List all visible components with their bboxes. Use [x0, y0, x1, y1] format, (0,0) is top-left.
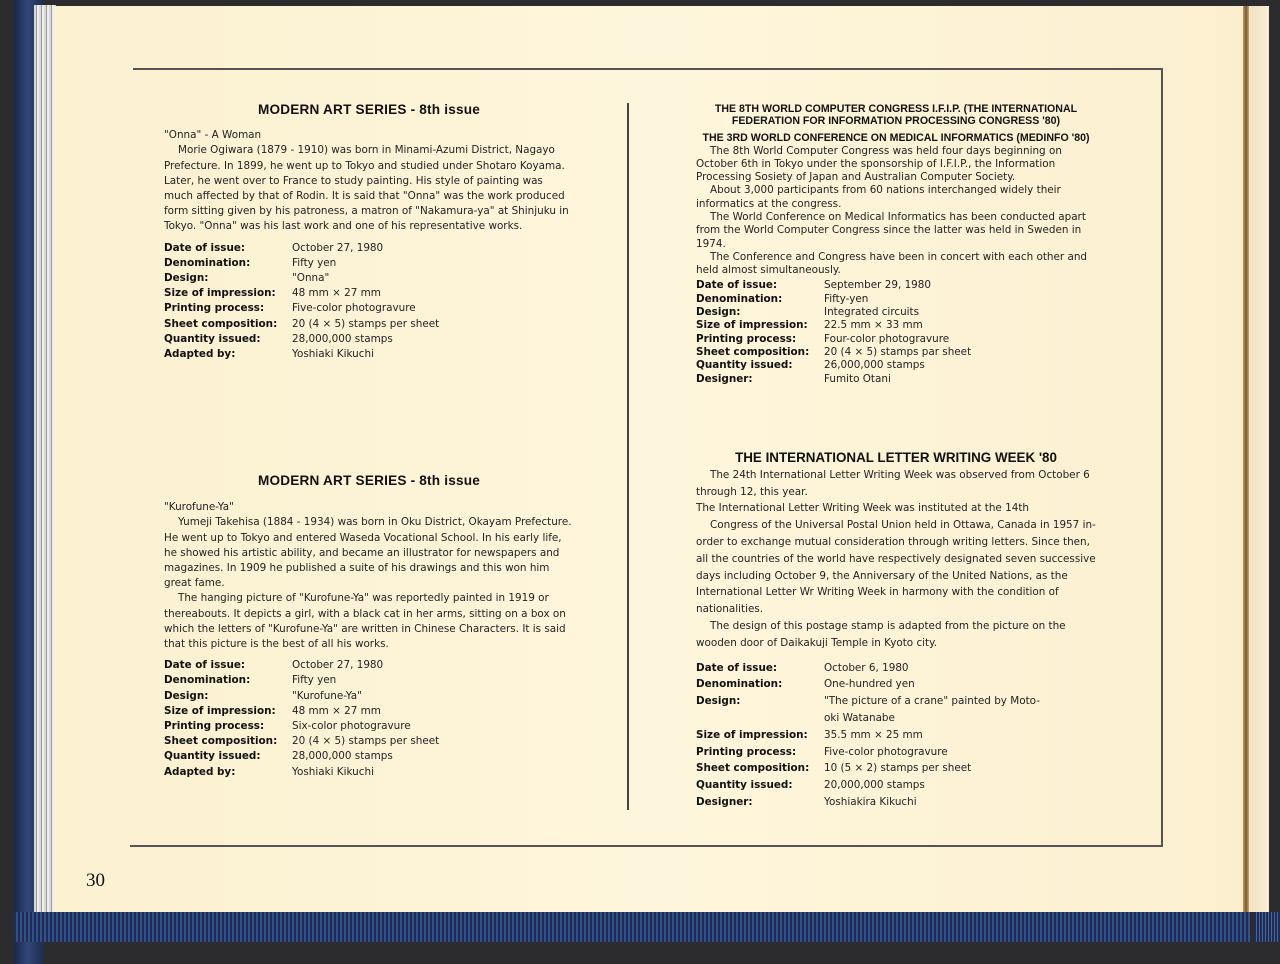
stamp-details: Date of issue:October 27, 1980 Denominat…	[164, 658, 574, 780]
detail-label: Printing process:	[696, 744, 824, 761]
detail-label: Quantity issued:	[696, 359, 824, 372]
section-paragraph: Congress of the Universal Postal Union h…	[696, 517, 1096, 618]
detail-label: Adapted by:	[164, 347, 292, 362]
detail-label: Quantity issued:	[164, 332, 292, 347]
detail-label: Design:	[696, 693, 824, 727]
section-title: THE 8TH WORLD COMPUTER CONGRESS I.F.I.P.…	[696, 104, 1096, 127]
detail-label: Denomination:	[696, 676, 824, 693]
detail-label: Design:	[164, 271, 292, 286]
detail-label: Date of issue:	[164, 658, 292, 673]
section-subtitle: "Kurofune-Ya"	[164, 500, 574, 515]
detail-label: Date of issue:	[696, 660, 824, 677]
frame-top-rule	[133, 68, 1163, 70]
section-paragraph: The 24th International Letter Writing We…	[696, 467, 1096, 501]
detail-value: Yoshiakira Kikuchi	[824, 794, 1096, 811]
section-paragraph: The design of this postage stamp is adap…	[696, 618, 1096, 652]
detail-value: "Kurofune-Ya"	[292, 689, 574, 704]
detail-value: 20 (4 × 5) stamps per sheet	[292, 734, 574, 749]
detail-label: Size of impression:	[164, 286, 292, 301]
detail-value: Five-color photogravure	[824, 744, 1096, 761]
detail-value: 26,000,000 stamps	[824, 359, 1096, 372]
detail-label: Design:	[696, 306, 824, 319]
detail-value: 28,000,000 stamps	[292, 749, 574, 764]
detail-value: Yoshiaki Kikuchi	[292, 347, 574, 362]
page-edges	[34, 5, 56, 917]
detail-label: Size of impression:	[696, 727, 824, 744]
facing-page-edge	[1249, 6, 1269, 912]
detail-label: Design:	[164, 689, 292, 704]
section-title: MODERN ART SERIES - 8th issue	[164, 473, 574, 488]
detail-value: 20,000,000 stamps	[824, 777, 1096, 794]
detail-value: "The picture of a crane" painted by Moto…	[824, 693, 1054, 727]
detail-label: Adapted by:	[164, 765, 292, 780]
detail-value: Six-color photogravure	[292, 719, 574, 734]
detail-value: 20 (4 × 5) stamps per sheet	[292, 317, 574, 332]
detail-label: Size of impression:	[696, 319, 824, 332]
detail-value: Fifty yen	[292, 256, 574, 271]
detail-label: Quantity issued:	[164, 749, 292, 764]
stamp-details: Date of issue:September 29, 1980 Denomin…	[696, 279, 1096, 385]
detail-value: October 27, 1980	[292, 241, 574, 256]
section-letter-writing-week: THE INTERNATIONAL LETTER WRITING WEEK '8…	[696, 450, 1096, 811]
detail-value: Fumito Otani	[824, 373, 1096, 386]
facing-cover-edge	[1254, 912, 1280, 942]
section-paragraph: The Conference and Congress have been in…	[696, 251, 1096, 278]
section-title: MODERN ART SERIES - 8th issue	[164, 102, 574, 117]
detail-value: October 6, 1980	[824, 660, 1096, 677]
detail-value: 48 mm × 27 mm	[292, 704, 574, 719]
frame-bottom-rule	[130, 845, 1163, 847]
detail-label: Printing process:	[164, 301, 292, 316]
detail-label: Printing process:	[696, 333, 824, 346]
detail-label: Sheet composition:	[164, 317, 292, 332]
detail-label: Sheet composition:	[696, 760, 824, 777]
detail-value: Fifty yen	[292, 673, 574, 688]
section-paragraph: About 3,000 participants from 60 nations…	[696, 184, 1096, 211]
frame-right-rule	[1161, 68, 1163, 846]
detail-value: 28,000,000 stamps	[292, 332, 574, 347]
detail-value: 10 (5 × 2) stamps per sheet	[824, 760, 1096, 777]
section-title: THE INTERNATIONAL LETTER WRITING WEEK '8…	[696, 450, 1096, 467]
section-title-secondary: THE 3RD WORLD CONFERENCE ON MEDICAL INFO…	[696, 133, 1096, 145]
detail-label: Sheet composition:	[696, 346, 824, 359]
detail-label: Denomination:	[164, 673, 292, 688]
detail-value: September 29, 1980	[824, 279, 1096, 292]
detail-value: Five-color photogravure	[292, 301, 574, 316]
detail-label: Printing process:	[164, 719, 292, 734]
detail-value: Integrated circuits	[824, 306, 1096, 319]
section-paragraph: The 8th World Computer Congress was held…	[696, 145, 1096, 185]
detail-value: 35.5 mm × 25 mm	[824, 727, 1096, 744]
section-paragraph: Yumeji Takehisa (1884 - 1934) was born i…	[164, 515, 574, 591]
column-divider	[627, 103, 629, 810]
detail-value: Yoshiaki Kikuchi	[292, 765, 574, 780]
stamp-details: Date of issue:October 6, 1980 Denominati…	[696, 660, 1096, 811]
section-paragraph: The International Letter Writing Week wa…	[696, 500, 1096, 517]
detail-value: Fifty-yen	[824, 293, 1096, 306]
section-paragraph: Morie Ogiwara (1879 - 1910) was born in …	[164, 143, 574, 234]
detail-label: Designer:	[696, 794, 824, 811]
detail-value: Four-color photogravure	[824, 333, 1096, 346]
section-subtitle: "Onna" - A Woman	[164, 128, 574, 143]
detail-value: 22.5 mm × 33 mm	[824, 319, 1096, 332]
section-paragraph: The hanging picture of "Kurofune-Ya" was…	[164, 591, 574, 652]
detail-label: Quantity issued:	[696, 777, 824, 794]
book-cover-bottom	[14, 912, 1250, 942]
section-onna: MODERN ART SERIES - 8th issue "Onna" - A…	[164, 102, 574, 362]
detail-value: "Onna"	[292, 271, 574, 286]
detail-label: Sheet composition:	[164, 734, 292, 749]
section-paragraph: The World Conference on Medical Informat…	[696, 211, 1096, 251]
stamp-details: Date of issue:October 27, 1980 Denominat…	[164, 241, 574, 363]
detail-label: Denomination:	[696, 293, 824, 306]
detail-value: 48 mm × 27 mm	[292, 286, 574, 301]
detail-label: Date of issue:	[696, 279, 824, 292]
section-kurofune-ya: MODERN ART SERIES - 8th issue "Kurofune-…	[164, 473, 574, 780]
detail-value: 20 (4 × 5) stamps par sheet	[824, 346, 1096, 359]
page-number: 30	[86, 870, 105, 892]
detail-value: October 27, 1980	[292, 658, 574, 673]
detail-label: Size of impression:	[164, 704, 292, 719]
detail-label: Denomination:	[164, 256, 292, 271]
detail-value: One-hundred yen	[824, 676, 1096, 693]
section-world-computer-congress: THE 8TH WORLD COMPUTER CONGRESS I.F.I.P.…	[696, 104, 1096, 386]
detail-label: Designer:	[696, 373, 824, 386]
detail-label: Date of issue:	[164, 241, 292, 256]
